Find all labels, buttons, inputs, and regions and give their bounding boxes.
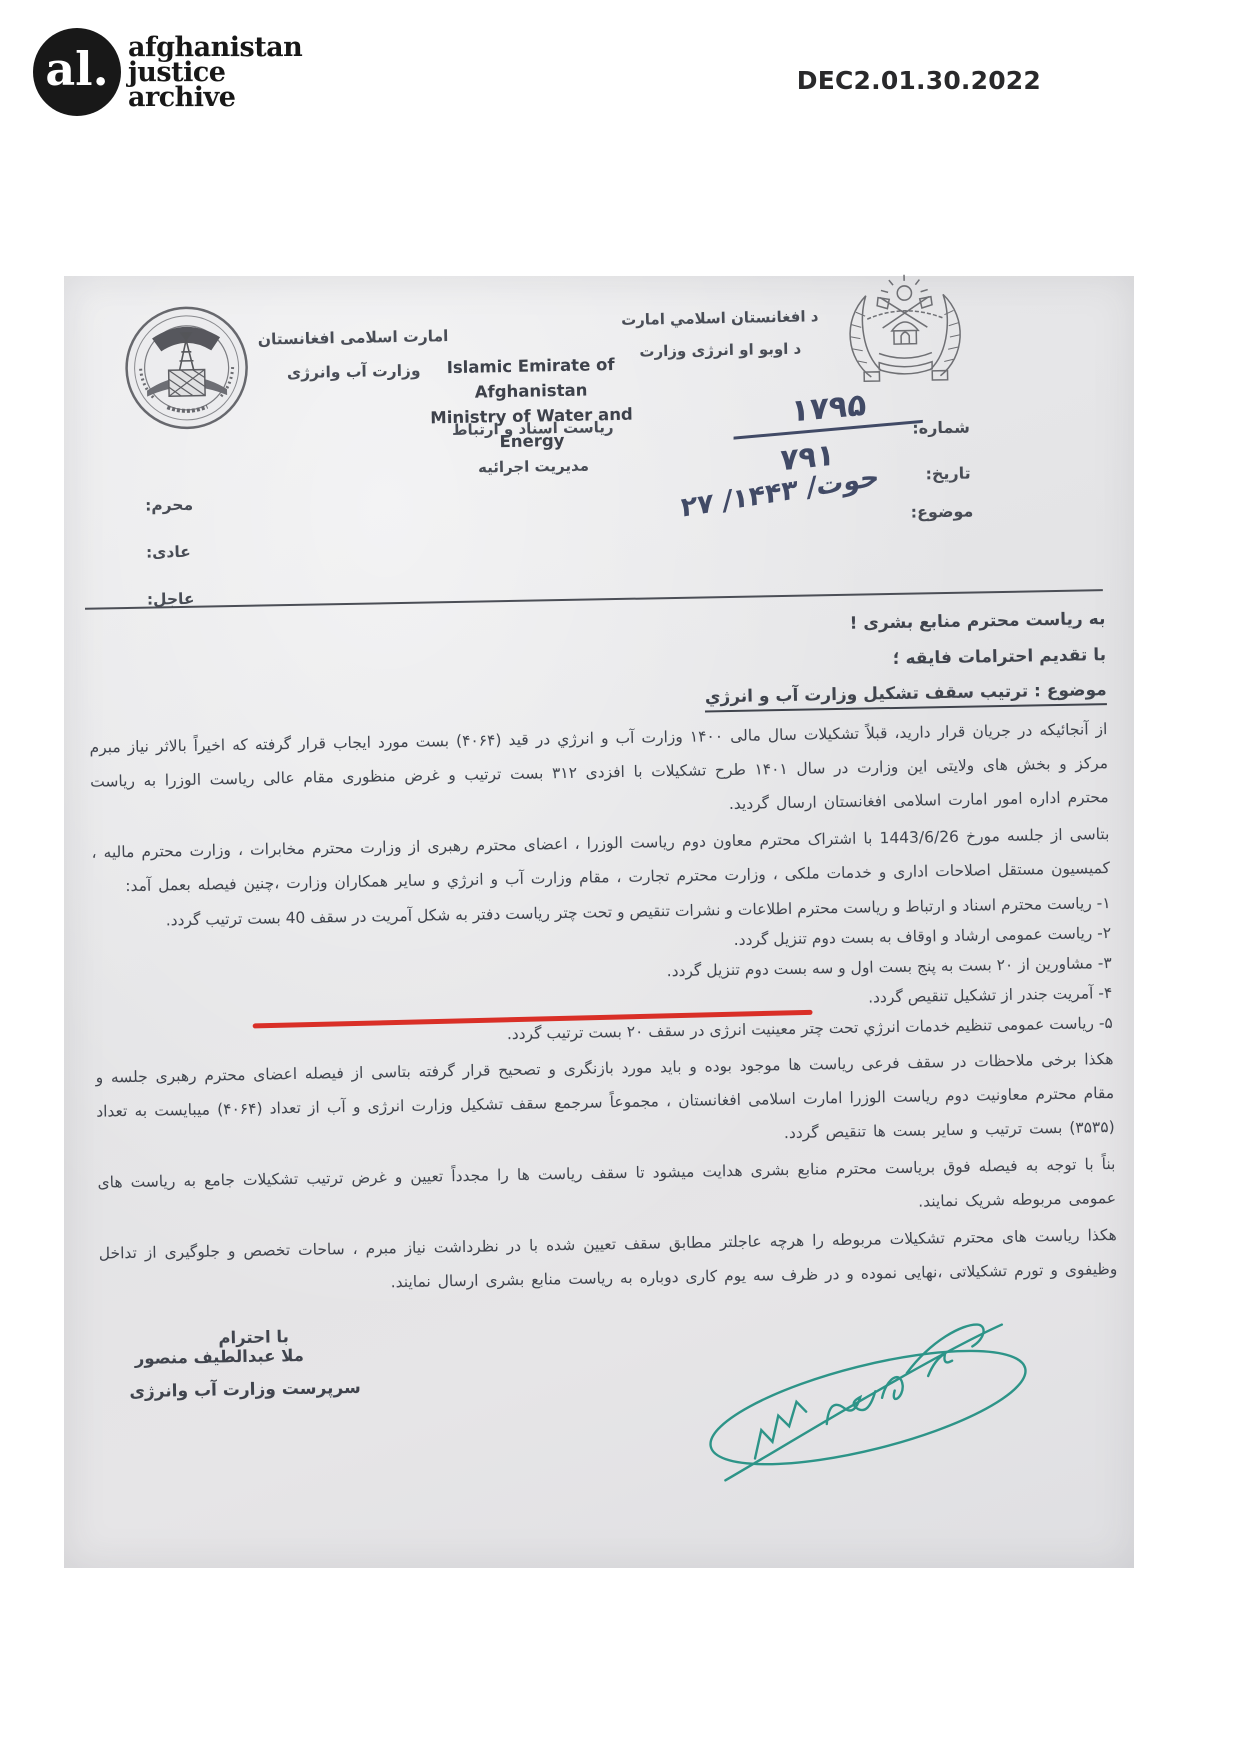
label-mahram: محرم: <box>145 496 193 515</box>
document-reference-code: DEC2.01.30.2022 <box>797 66 1041 95</box>
logo-word-3: archive <box>128 86 302 111</box>
page: { "archive_header": { "logo_circle_text"… <box>0 0 1241 1754</box>
ministry-of-water-energy-seal-icon <box>121 303 251 433</box>
letter-closing-text: با احترام <box>218 1327 289 1347</box>
letterhead-pashto-line2: د اوبو او انرژی وزارت <box>604 332 837 368</box>
signature-area: ملا عبدالطیف منصور سرپرست وزارت آب وانرژ… <box>101 1331 1121 1478</box>
scanned-document: امارت اسلامی افغانستان وزارت آب وانرژی I… <box>64 276 1134 1568</box>
letter-salutation: به ریاست محترم منابع بشری ! <box>87 609 1105 648</box>
letter-body: به ریاست محترم منابع بشری ! با تقدیم احت… <box>87 603 1121 1478</box>
letterhead-pashto-right: د افغانستان اسلامي امارت د اوبو او انرژی… <box>604 300 837 368</box>
decision-item-4-text: ۴- آمریت جندر از تشکیل تنقیص گردد. <box>868 984 1112 1006</box>
letter-subject-text: موضوع : ترتیب سقف تشکیل وزارت آب و انرژي <box>705 680 1107 712</box>
label-subject: موضوع: <box>910 501 973 521</box>
letter-greeting: با تقدیم احترامات فایقه ؛ <box>88 645 1106 684</box>
archive-logo-wordmark: afghanistan justice archive <box>128 36 302 110</box>
handwritten-number-top: ۱۷۹۵ <box>734 382 924 440</box>
label-aadi: عادی: <box>146 543 191 562</box>
archive-logo-icon: al. <box>33 28 121 116</box>
decision-list: ۱- ریاست محترم اسناد و ارتباط و ریاست مح… <box>92 888 1113 1057</box>
islamic-emirate-national-emblem-icon <box>831 271 979 396</box>
signature-scrawl-icon <box>686 1318 1049 1495</box>
signatory-name-text: ملا عبدالطیف منصور <box>135 1346 304 1368</box>
letter-paragraph: از آنجائیکه در جریان قرار دارید، قبلاً ت… <box>89 712 1109 833</box>
letterhead-dari-left-line1: امارت اسلامی افغانستان <box>248 319 459 357</box>
signatory-title-text: سرپرست وزارت آب وانرژی <box>129 1378 361 1402</box>
letter-subject-line: موضوع : ترتیب سقف تشکیل وزارت آب و انرژي <box>89 680 1107 719</box>
letterhead-management-line: مدیریت اجرائیه <box>438 456 628 477</box>
letter-paragraph: هکذا ریاست های محترم تشکیلات مربوطه را ه… <box>99 1218 1118 1305</box>
archive-logo-monogram: al. <box>45 46 108 92</box>
letter-paragraph: هکذا برخی ملاحظات در سقف فرعی ریاست ها م… <box>95 1042 1115 1163</box>
letterhead-directorate-line: ریاست اسناد و ارتباط <box>438 418 628 439</box>
letterhead-pashto-line1: د افغانستان اسلامي امارت <box>604 300 837 336</box>
